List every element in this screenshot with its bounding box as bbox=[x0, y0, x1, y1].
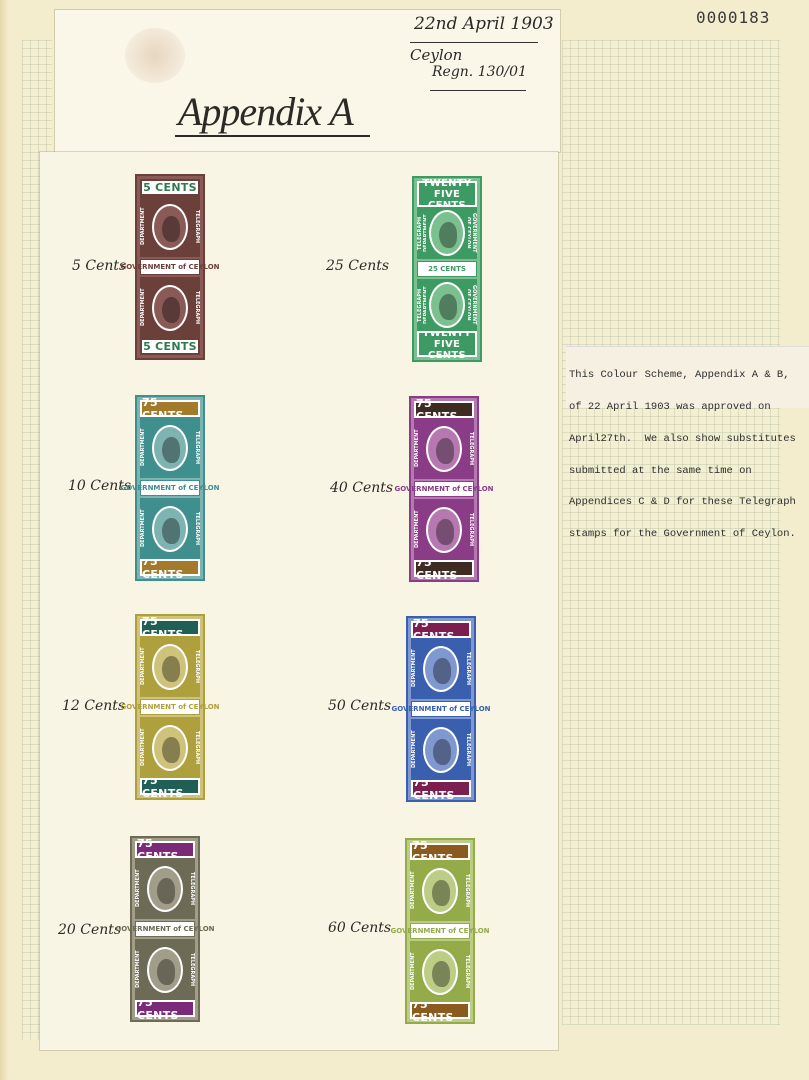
portrait-panel-upper: DEPARTMENT TELEGRAPH bbox=[411, 638, 471, 699]
album-edge-shadow bbox=[0, 0, 8, 1080]
portrait-icon bbox=[426, 426, 462, 472]
value-label: 40 Cents bbox=[330, 480, 393, 496]
middle-inscription: GOVERNMENT of CEYLON bbox=[140, 480, 200, 496]
side-inscription: DEPARTMENT bbox=[411, 725, 420, 774]
serial-number: 0000183 bbox=[696, 8, 770, 27]
paper-stain bbox=[125, 28, 185, 83]
side-inscription: TELEGRAPH DEPARTMENT bbox=[417, 285, 426, 325]
middle-inscription: GOVERNMENT of CEYLON bbox=[414, 481, 474, 497]
side-inscription: DEPARTMENT bbox=[140, 642, 149, 691]
portrait-icon bbox=[152, 204, 188, 250]
date-underline bbox=[410, 42, 538, 43]
side-inscription: DEPARTMENT bbox=[414, 505, 423, 554]
top-value-tablet: TWENTY FIVE CENTS bbox=[417, 181, 477, 207]
stamp-pair-12-cents: 75 CENTS DEPARTMENT TELEGRAPH GOVERNMENT… bbox=[135, 614, 205, 800]
side-inscription: DEPARTMENT bbox=[135, 864, 144, 913]
side-inscription: TELEGRAPH DEPARTMENT bbox=[417, 213, 426, 253]
portrait-icon bbox=[152, 644, 188, 690]
side-inscription: TELEGRAPH bbox=[186, 864, 195, 913]
top-value-tablet: 75 CENTS bbox=[140, 619, 200, 636]
note-line: April27th. We also show substitutes bbox=[569, 434, 809, 445]
bottom-value-tablet: 75 CENTS bbox=[411, 780, 471, 797]
side-inscription: DEPARTMENT bbox=[414, 424, 423, 473]
side-inscription: DEPARTMENT bbox=[410, 947, 419, 996]
portrait-panel-lower: DEPARTMENT TELEGRAPH bbox=[140, 498, 200, 559]
note-line: Appendices C & D for these Telegraph bbox=[569, 497, 809, 508]
portrait-panel-upper: DEPARTMENT TELEGRAPH bbox=[135, 858, 195, 919]
value-label: 25 Cents bbox=[326, 258, 389, 274]
portrait-panel-lower: DEPARTMENT TELEGRAPH bbox=[414, 499, 474, 560]
portrait-panel-upper: TELEGRAPH DEPARTMENT GOVERNMENT OF CEYLO… bbox=[417, 207, 477, 259]
middle-inscription: GOVERNMENT of CEYLON bbox=[411, 701, 471, 717]
side-inscription: DEPARTMENT bbox=[140, 723, 149, 772]
registration-note: Regn. 130/01 bbox=[432, 64, 527, 80]
middle-inscription: GOVERNMENT of CEYLON bbox=[140, 699, 200, 715]
bottom-value-tablet: 75 CENTS bbox=[414, 560, 474, 577]
note-line: submitted at the same time on bbox=[569, 466, 809, 477]
value-label: 20 Cents bbox=[58, 922, 121, 938]
middle-inscription: GOVERNMENT of CEYLON bbox=[140, 259, 200, 275]
portrait-panel-upper: DEPARTMENT TELEGRAPH bbox=[414, 418, 474, 479]
note-line: This Colour Scheme, Appendix A & B, bbox=[569, 370, 809, 381]
portrait-icon bbox=[429, 282, 465, 328]
portrait-panel-lower: DEPARTMENT TELEGRAPH bbox=[410, 941, 470, 1002]
portrait-icon bbox=[152, 285, 188, 331]
side-inscription: DEPARTMENT bbox=[140, 283, 149, 332]
portrait-icon bbox=[422, 949, 458, 995]
note-line: of 22 April 1903 was approved on bbox=[569, 402, 809, 413]
registration-underline bbox=[430, 90, 526, 91]
portrait-panel-lower: TELEGRAPH DEPARTMENT GOVERNMENT OF CEYLO… bbox=[417, 279, 477, 331]
value-label: 12 Cents bbox=[62, 698, 125, 714]
bottom-value-tablet: TWENTY FIVE CENTS bbox=[417, 331, 477, 357]
date-note: 22nd April 1903 bbox=[414, 14, 554, 34]
stamp-pair-50-cents: 75 CENTS DEPARTMENT TELEGRAPH GOVERNMENT… bbox=[406, 616, 476, 802]
top-value-tablet: 75 CENTS bbox=[410, 843, 470, 860]
portrait-icon bbox=[152, 725, 188, 771]
stamp-pair-10-cents: 75 CENTS DEPARTMENT TELEGRAPH GOVERNMENT… bbox=[135, 395, 205, 581]
side-inscription: DEPARTMENT bbox=[135, 945, 144, 994]
side-inscription: DEPARTMENT bbox=[140, 202, 149, 251]
typed-note: This Colour Scheme, Appendix A & B, of 2… bbox=[566, 346, 809, 408]
portrait-icon bbox=[147, 947, 183, 993]
stamp-pair-40-cents: 75 CENTS DEPARTMENT TELEGRAPH GOVERNMENT… bbox=[409, 396, 479, 582]
note-line: stamps for the Government of Ceylon. bbox=[569, 529, 809, 540]
side-inscription: TELEGRAPH bbox=[461, 866, 470, 915]
value-label: 50 Cents bbox=[328, 698, 391, 714]
country-note: Ceylon bbox=[410, 46, 462, 64]
portrait-icon bbox=[423, 646, 459, 692]
top-value-tablet: 75 CENTS bbox=[414, 401, 474, 418]
side-inscription: TELEGRAPH bbox=[465, 505, 474, 554]
portrait-icon bbox=[422, 868, 458, 914]
portrait-panel-upper: DEPARTMENT TELEGRAPH bbox=[410, 860, 470, 921]
stamp-pair-60-cents: 75 CENTS DEPARTMENT TELEGRAPH GOVERNMENT… bbox=[405, 838, 475, 1024]
side-inscription: DEPARTMENT bbox=[410, 866, 419, 915]
bottom-value-tablet: 75 CENTS bbox=[140, 559, 200, 576]
stamp-pair-5-cents: 5 CENTS DEPARTMENT TELEGRAPH GOVERNMENT … bbox=[135, 174, 205, 360]
title-underline bbox=[175, 135, 370, 137]
portrait-panel-lower: DEPARTMENT TELEGRAPH bbox=[140, 717, 200, 778]
side-inscription: TELEGRAPH bbox=[461, 947, 470, 996]
side-inscription: DEPARTMENT bbox=[411, 644, 420, 693]
bottom-value-tablet: 5 CENTS bbox=[140, 338, 200, 355]
portrait-icon bbox=[147, 866, 183, 912]
middle-inscription: 25 CENTS bbox=[417, 261, 477, 277]
page-title: Appendix A bbox=[178, 88, 353, 135]
middle-inscription: GOVERNMENT of CEYLON bbox=[410, 923, 470, 939]
portrait-panel-lower: DEPARTMENT TELEGRAPH bbox=[135, 939, 195, 1000]
stamp-pair-20-cents: 75 CENTS DEPARTMENT TELEGRAPH GOVERNMENT… bbox=[130, 836, 200, 1022]
side-inscription: TELEGRAPH bbox=[191, 723, 200, 772]
side-inscription: TELEGRAPH bbox=[191, 202, 200, 251]
side-inscription: TELEGRAPH bbox=[462, 644, 471, 693]
portrait-icon bbox=[152, 425, 188, 471]
side-inscription: TELEGRAPH bbox=[191, 283, 200, 332]
side-inscription: TELEGRAPH bbox=[462, 725, 471, 774]
side-inscription: GOVERNMENT OF CEYLON bbox=[468, 213, 477, 253]
portrait-icon bbox=[423, 727, 459, 773]
middle-inscription: GOVERNMENT of CEYLON bbox=[135, 921, 195, 937]
side-inscription: TELEGRAPH bbox=[191, 642, 200, 691]
top-value-tablet: 75 CENTS bbox=[135, 841, 195, 858]
side-inscription: TELEGRAPH bbox=[191, 504, 200, 553]
portrait-panel-lower: DEPARTMENT TELEGRAPH bbox=[140, 277, 200, 338]
side-inscription: DEPARTMENT bbox=[140, 423, 149, 472]
side-inscription: TELEGRAPH bbox=[186, 945, 195, 994]
bottom-value-tablet: 75 CENTS bbox=[140, 778, 200, 795]
portrait-icon bbox=[152, 506, 188, 552]
bottom-value-tablet: 75 CENTS bbox=[135, 1000, 195, 1017]
side-inscription: GOVERNMENT OF CEYLON bbox=[468, 285, 477, 325]
value-label: 5 Cents bbox=[72, 258, 126, 274]
top-value-tablet: 75 CENTS bbox=[140, 400, 200, 417]
top-value-tablet: 5 CENTS bbox=[140, 179, 200, 196]
portrait-panel-upper: DEPARTMENT TELEGRAPH bbox=[140, 417, 200, 478]
side-inscription: TELEGRAPH bbox=[191, 423, 200, 472]
portrait-panel-upper: DEPARTMENT TELEGRAPH bbox=[140, 196, 200, 257]
portrait-icon bbox=[429, 210, 465, 256]
stamp-pair-25-cents: TWENTY FIVE CENTS TELEGRAPH DEPARTMENT G… bbox=[412, 176, 482, 362]
portrait-panel-lower: DEPARTMENT TELEGRAPH bbox=[411, 719, 471, 780]
bottom-value-tablet: 75 CENTS bbox=[410, 1002, 470, 1019]
side-inscription: TELEGRAPH bbox=[465, 424, 474, 473]
portrait-panel-upper: DEPARTMENT TELEGRAPH bbox=[140, 636, 200, 697]
portrait-icon bbox=[426, 507, 462, 553]
top-value-tablet: 75 CENTS bbox=[411, 621, 471, 638]
side-inscription: DEPARTMENT bbox=[140, 504, 149, 553]
value-label: 60 Cents bbox=[328, 920, 391, 936]
